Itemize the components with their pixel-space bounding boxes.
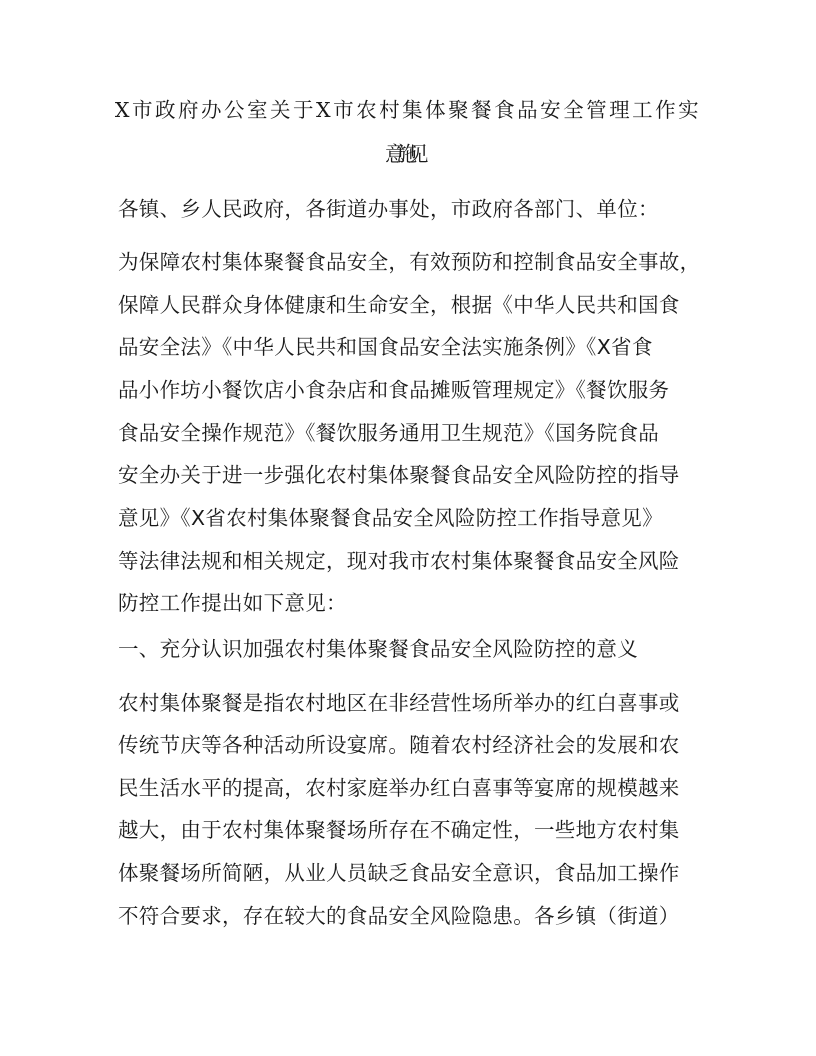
paragraph-line: 食品安全操作规范》《餐饮服务通用卫生规范》《国务院食品 (118, 418, 718, 448)
paragraph-line: 品小作坊小餐饮店小食杂店和食品摊贩管理规定》《餐饮服务 (118, 375, 718, 405)
paragraph-line: 为保障农村集体聚餐食品安全，有效预防和控制食品安全事故， (118, 247, 718, 277)
paragraph-line: 不符合要求，存在较大的食品安全风险隐患。各乡镇（街道） (118, 901, 718, 931)
paragraph-line: 品安全法》《中华人民共和国食品安全法实施条例》《X省食 (118, 332, 718, 362)
document-page: X市政府办公室关于X市农村集体聚餐食品安全管理工作实施 意见 各镇、乡人民政府，… (0, 0, 816, 1056)
paragraph-line: 保障人民群众身体健康和生命安全，根据《中华人民共和国食 (118, 290, 718, 320)
paragraph-line: 安全办关于进一步强化农村集体聚餐食品安全风险防控的指导 (118, 460, 718, 490)
document-title-line-2: 意见 (108, 132, 708, 176)
paragraph-line: 越大，由于农村集体聚餐场所存在不确定性，一些地方农村集 (118, 815, 718, 845)
paragraph-line: 传统节庆等各种活动所设宴席。随着农村经济社会的发展和农 (118, 730, 718, 760)
paragraph-line: 意见》《X省农村集体聚餐食品安全风险防控工作指导意见》 (118, 503, 718, 533)
section-heading: 一、充分认识加强农村集体聚餐食品安全风险防控的意义 (118, 634, 718, 664)
paragraph-line: 民生活水平的提高，农村家庭举办红白喜事等宴席的规模越来 (118, 773, 718, 803)
paragraph-line: 等法律法规和相关规定，现对我市农村集体聚餐食品安全风险 (118, 546, 718, 576)
salutation: 各镇、乡人民政府，各街道办事处，市政府各部门、单位： (118, 194, 718, 224)
paragraph-line: 农村集体聚餐是指农村地区在非经营性场所举办的红白喜事或 (118, 688, 718, 718)
paragraph-line: 体聚餐场所简陋，从业人员缺乏食品安全意识，食品加工操作 (118, 858, 718, 888)
paragraph-line: 防控工作提出如下意见： (118, 588, 718, 618)
